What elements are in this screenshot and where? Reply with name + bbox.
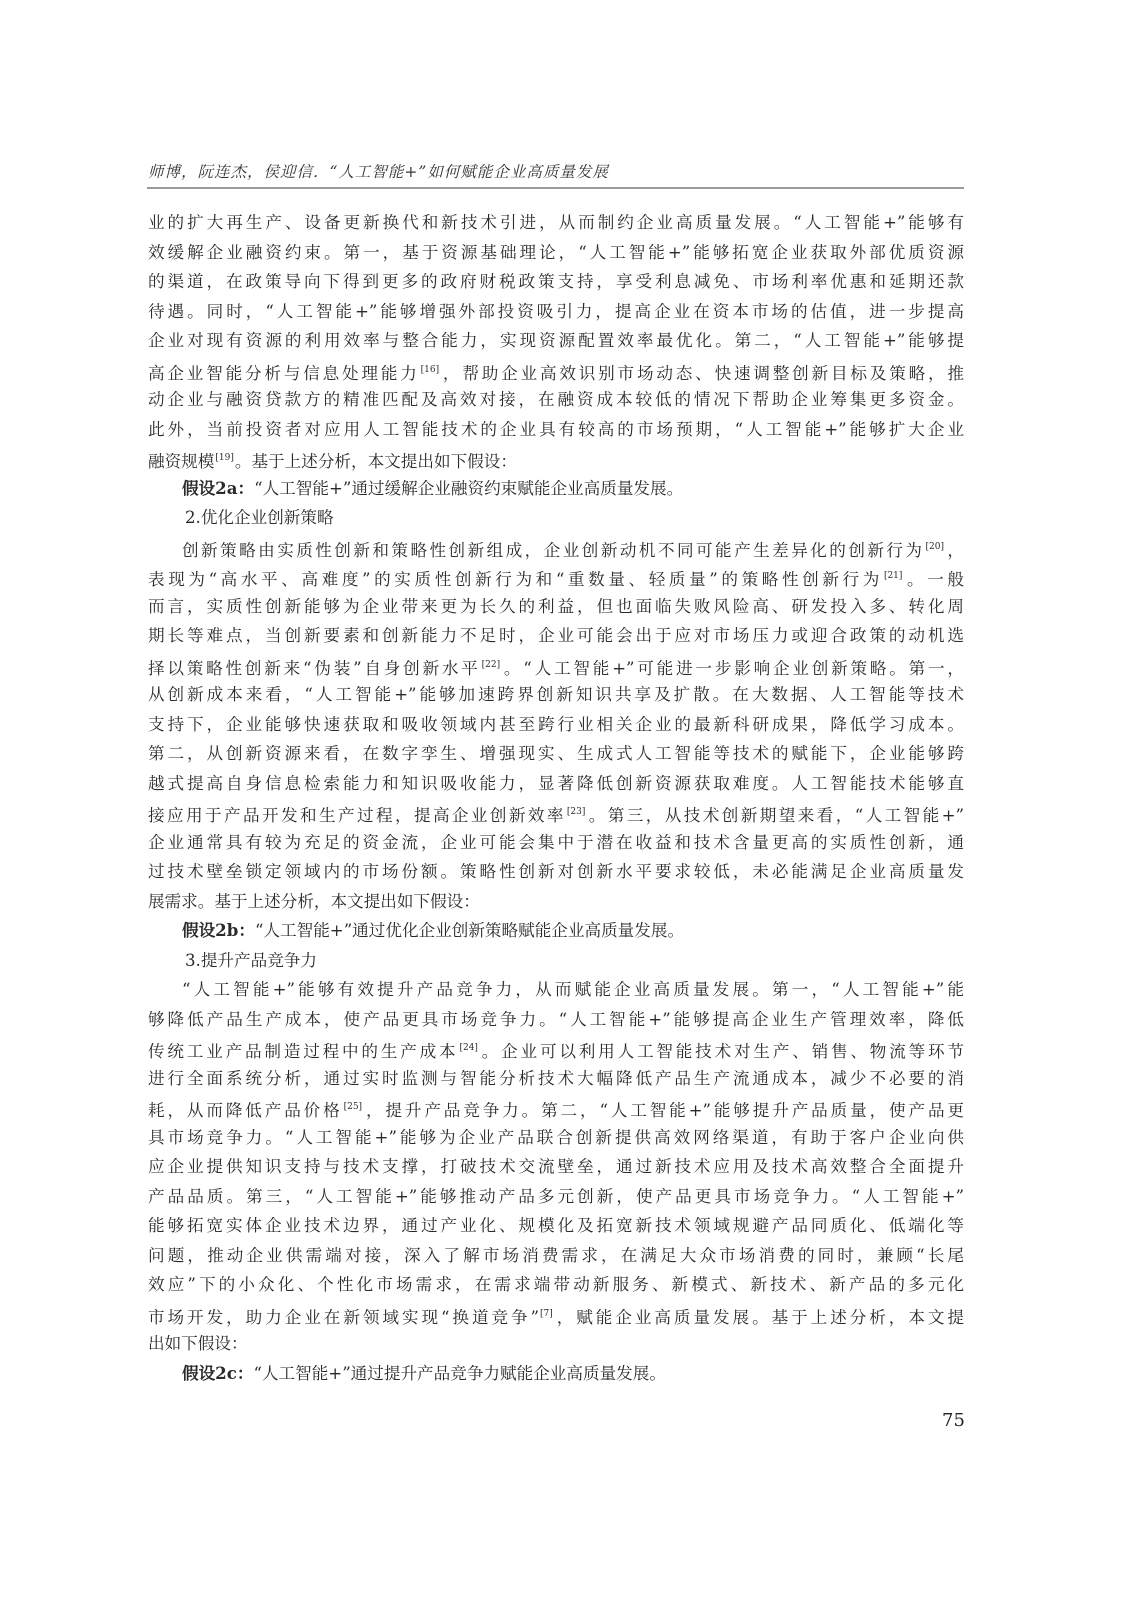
header-rule [147, 187, 964, 189]
page-number: 75 [942, 1410, 965, 1431]
body-line: 业的扩大再生产、设备更新换代和新技术引进，从而制约企业高质量发展。“人工智能+”… [148, 208, 964, 238]
body-line: 出如下假设： [148, 1329, 964, 1359]
body-line: 具市场竞争力。“人工智能+”能够为企业产品联合创新提供高效网络渠道，有助于客户企… [148, 1123, 964, 1153]
body-line: 支持下，企业能够快速获取和吸收领域内甚至跨行业相关企业的最新科研成果，降低学习成… [148, 710, 964, 740]
body-line: 第二，从创新资源来看，在数字孪生、增强现实、生成式人工智能等技术的赋能下，企业能… [148, 739, 964, 769]
body-line: 待遇。同时，“人工智能+”能够增强外部投资吸引力，提高企业在资本市场的估值，进一… [148, 297, 964, 327]
body-line: 期长等难点，当创新要素和创新能力不足时，企业可能会出于应对市场压力或迎合政策的动… [148, 621, 964, 651]
running-head: 师博，阮连杰，侯迎信．“人工智能+”如何赋能企业高质量发展 [148, 160, 609, 182]
hypothesis-2b: 假设2b：“人工智能+”通过优化企业创新策略赋能企业高质量发展。 [148, 916, 964, 946]
body-line: 融资规模[19]。基于上述分析，本文提出如下假设： [148, 444, 964, 474]
body-line: 表现为“高水平、高难度”的实质性创新行为和“重数量、轻质量”的策略性创新行为[2… [148, 562, 964, 592]
body-line: 此外，当前投资者对应用人工智能技术的企业具有较高的市场预期，“人工智能+”能够扩… [148, 415, 964, 445]
body-line: 的渠道，在政策导向下得到更多的政府财税政策支持，享受利息减免、市场利率优惠和延期… [148, 267, 964, 297]
citation: [19] [215, 453, 233, 463]
body-line: 动企业与融资贷款方的精准匹配及高效对接，在融资成本较低的情况下帮助企业筹集更多资… [148, 385, 964, 415]
body-line: 传统工业产品制造过程中的生产成本[24]。企业可以利用人工智能技术对生产、销售、… [148, 1034, 964, 1064]
body-line: 企业通常具有较为充足的资金流，企业可能会集中于潜在收益和技术含量更高的实质性创新… [148, 828, 964, 858]
body-line: 市场开发，助力企业在新领域实现“换道竞争”[7]，赋能企业高质量发展。基于上述分… [148, 1300, 964, 1330]
body-line: 展需求。基于上述分析，本文提出如下假设： [148, 887, 964, 917]
citation: [24] [459, 1043, 477, 1053]
body-line: 耗，从而降低产品价格[25]，提升产品竞争力。第二，“人工智能+”能够提升产品质… [148, 1093, 964, 1123]
body-line: 过技术壁垒锁定领域内的市场份额。策略性创新对创新水平要求较低，未必能满足企业高质… [148, 857, 964, 887]
citation: [25] [344, 1102, 362, 1112]
body-line: 接应用于产品开发和生产过程，提高企业创新效率[23]。第三，从技术创新期望来看，… [148, 798, 964, 828]
citation: [20] [925, 542, 943, 552]
body-line: 企业对现有资源的利用效率与整合能力，实现资源配置效率最优化。第二，“人工智能+”… [148, 326, 964, 356]
body-line: 产品品质。第三，“人工智能+”能够推动产品多元创新，使产品更具市场竞争力。“人工… [148, 1182, 964, 1212]
section-heading-3: 3.提升产品竞争力 [148, 946, 964, 976]
hypothesis-2c: 假设2c：“人工智能+”通过提升产品竞争力赋能企业高质量发展。 [148, 1359, 964, 1389]
body-line: 够降低产品生产成本，使产品更具市场竞争力。“人工智能+”能够提高企业生产管理效率… [148, 1005, 964, 1035]
body-line: 效应”下的小众化、个性化市场需求，在需求端带动新服务、新模式、新技术、新产品的多… [148, 1270, 964, 1300]
body-line: 择以策略性创新来“伪装”自身创新水平[22]。“人工智能+”可能进一步影响企业创… [148, 651, 964, 681]
citation: [21] [884, 571, 902, 581]
citation: [16] [421, 365, 439, 375]
citation: [7] [540, 1309, 553, 1319]
body-line: 高企业智能分析与信息处理能力[16]，帮助企业高效识别市场动态、快速调整创新目标… [148, 356, 964, 386]
section-heading-2: 2.优化企业创新策略 [148, 503, 964, 533]
body-line: “人工智能+”能够有效提升产品竞争力，从而赋能企业高质量发展。第一，“人工智能+… [148, 975, 964, 1005]
body-line: 创新策略由实质性创新和策略性创新组成，企业创新动机不同可能产生差异化的创新行为[… [148, 533, 964, 563]
body-line: 进行全面系统分析，通过实时监测与智能分析技术大幅降低产品生产流通成本，减少不必要… [148, 1064, 964, 1094]
body-line: 应企业提供知识支持与技术支撑，打破技术交流壁垒，通过新技术应用及技术高效整合全面… [148, 1152, 964, 1182]
body-line: 效缓解企业融资约束。第一，基于资源基础理论，“人工智能+”能够拓宽企业获取外部优… [148, 238, 964, 268]
body-line: 而言，实质性创新能够为企业带来更为长久的利益，但也面临失败风险高、研发投入多、转… [148, 592, 964, 622]
citation: [22] [482, 660, 500, 670]
body-line: 越式提高自身信息检索能力和知识吸收能力，显著降低创新资源获取难度。人工智能技术能… [148, 769, 964, 799]
hypothesis-2a: 假设2a：“人工智能+”通过缓解企业融资约束赋能企业高质量发展。 [148, 474, 964, 504]
citation: [23] [567, 807, 585, 817]
article-body: 业的扩大再生产、设备更新换代和新技术引进，从而制约企业高质量发展。“人工智能+”… [148, 208, 964, 1388]
body-line: 能够拓宽实体企业技术边界，通过产业化、规模化及拓宽新技术领域规避产品同质化、低端… [148, 1211, 964, 1241]
body-line: 从创新成本来看，“人工智能+”能够加速跨界创新知识共享及扩散。在大数据、人工智能… [148, 680, 964, 710]
body-line: 问题，推动企业供需端对接，深入了解市场消费需求，在满足大众市场消费的同时，兼顾“… [148, 1241, 964, 1271]
